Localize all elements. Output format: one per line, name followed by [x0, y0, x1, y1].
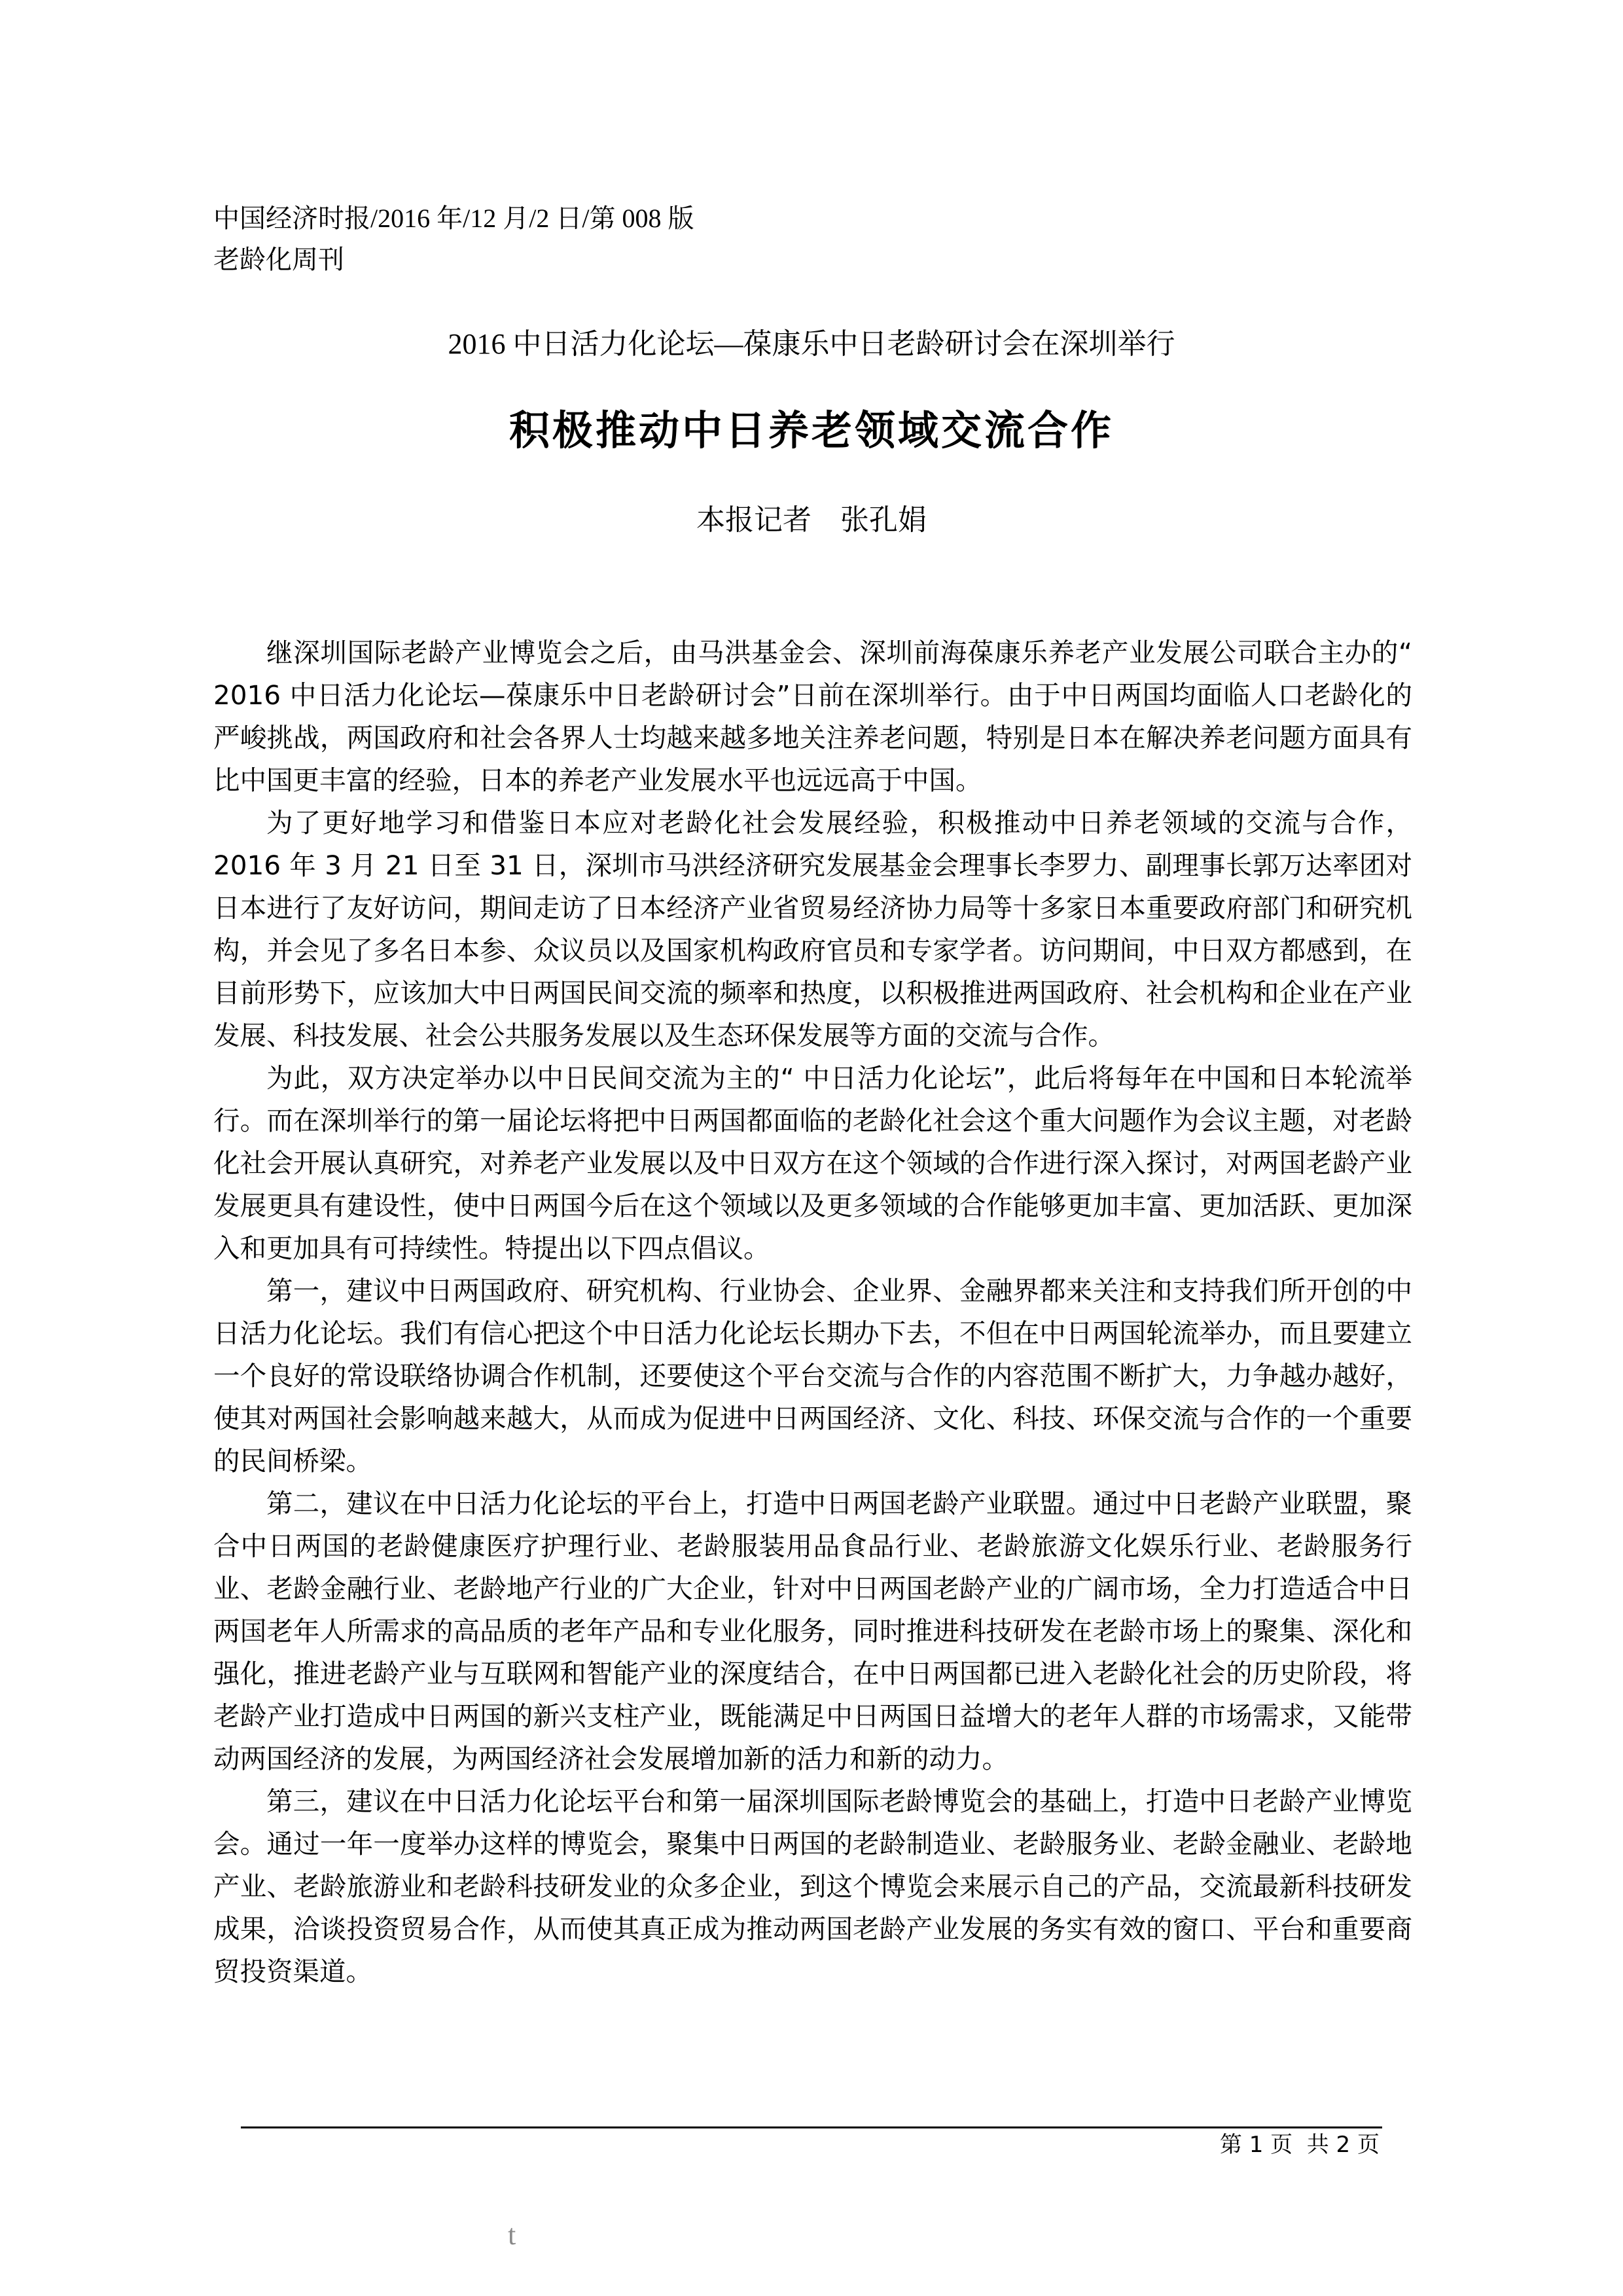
- source-info: 中国经济时报/2016 年/12 月/2 日/第 008 版 老龄化周刊: [213, 198, 694, 280]
- scan-artifact-mark: t: [508, 2219, 516, 2251]
- paragraph-visit: 为了更好地学习和借鉴日本应对老龄化社会发展经验，积极推动中日养老领域的交流与合作…: [213, 802, 1412, 1057]
- paragraph-proposal-3: 第三，建议在中日活力化论坛平台和第一届深圳国际老龄博览会的基础上，打造中日老龄产…: [213, 1780, 1412, 1993]
- paragraph-proposal-2: 第二，建议在中日活力化论坛的平台上，打造中日两国老龄产业联盟。通过中日老龄产业联…: [213, 1482, 1412, 1780]
- footer-divider: [241, 2126, 1382, 2128]
- paragraph-intro: 继深圳国际老龄产业博览会之后，由马洪基金会、深圳前海葆康乐养老产业发展公司联合主…: [213, 632, 1412, 802]
- paragraph-proposal-1: 第一，建议中日两国政府、研究机构、行业协会、企业界、金融界都来关注和支持我们所开…: [213, 1270, 1412, 1482]
- page-indicator: 第 1 页 共 2 页: [1220, 2130, 1380, 2159]
- publication-line: 中国经济时报/2016 年/12 月/2 日/第 008 版: [213, 198, 694, 239]
- article-body: 继深圳国际老龄产业博览会之后，由马洪基金会、深圳前海葆康乐养老产业发展公司联合主…: [213, 632, 1412, 1993]
- paragraph-forum-decision: 为此，双方决定举办以中日民间交流为主的“ 中日活力化论坛”，此后将每年在中国和日…: [213, 1057, 1412, 1270]
- article-headline: 积极推动中日养老领域交流合作: [0, 403, 1623, 458]
- article-byline: 本报记者 张孔娟: [0, 501, 1623, 540]
- document-page: 中国经济时报/2016 年/12 月/2 日/第 008 版 老龄化周刊 201…: [0, 0, 1623, 2296]
- column-name: 老龄化周刊: [213, 239, 694, 280]
- article-subtitle: 2016 中日活力化论坛—葆康乐中日老龄研讨会在深圳举行: [0, 325, 1623, 364]
